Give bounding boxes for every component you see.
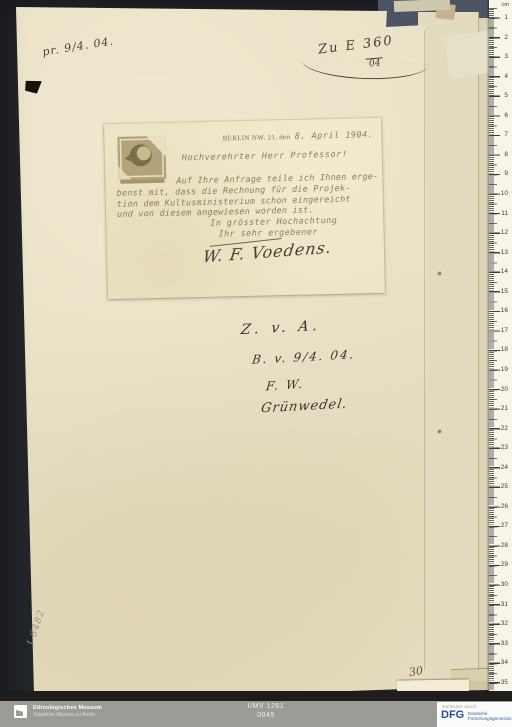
ruler-number: 35 xyxy=(496,679,508,687)
ruler-number: 16 xyxy=(496,307,508,315)
ruler-number: 5 xyxy=(496,92,508,100)
museum-logo-icon xyxy=(14,705,27,718)
card-signature: W. F. Voedens. xyxy=(202,238,333,267)
ruler-number: 12 xyxy=(496,229,508,237)
dfg-logo: DFG xyxy=(441,709,464,721)
institution-name: Ethnologisches Museum xyxy=(33,705,102,712)
institution-label: Ethnologisches Museum Staatliche Museen … xyxy=(33,705,102,718)
photo-ruler: cm 1234567891011121314151617181920212223… xyxy=(489,0,512,692)
ruler-number: 24 xyxy=(496,464,508,472)
funder-name-line2: Forschungsgemeinschaft xyxy=(468,716,512,721)
ruler-number: 17 xyxy=(496,327,508,335)
letterhead-date: 8. April 1904. xyxy=(295,130,374,142)
ruler-number: 7 xyxy=(496,131,508,139)
ruler-number: 14 xyxy=(496,268,508,276)
ruler-number: 3 xyxy=(496,53,508,61)
correspondence-card: BERLIN NW. 21, den 8. April 1904. Hochve… xyxy=(104,118,385,299)
ruler-number: 29 xyxy=(496,561,508,569)
paper-corner-sliver xyxy=(394,0,450,12)
binding-hole xyxy=(437,271,442,276)
page-edge-crease xyxy=(424,30,425,670)
ruler-number: 28 xyxy=(496,542,508,550)
ruler-number: 19 xyxy=(496,366,508,374)
card-closing-line1: In grösster Hochachtung xyxy=(210,216,337,229)
ruler-number: 4 xyxy=(496,73,508,81)
shelfmark-block: I/MV 1261 0045 xyxy=(206,703,326,719)
ruler-number: 25 xyxy=(496,483,508,491)
ruler-number: 8 xyxy=(496,151,508,159)
ruler-number: 33 xyxy=(496,640,508,648)
ruler-number: 30 xyxy=(496,581,508,589)
ruler-number: 1 xyxy=(496,14,508,22)
ruler-number: 15 xyxy=(496,288,508,296)
ruler-number: 10 xyxy=(496,190,508,198)
card-closing-line2: Ihr sehr ergebener xyxy=(218,227,318,239)
scan-number: 0045 xyxy=(206,712,326,719)
shelfmark: I/MV 1261 xyxy=(206,703,326,710)
ruler-number: 26 xyxy=(496,503,508,511)
page-number: 30 xyxy=(408,664,424,679)
ruler-number: 6 xyxy=(496,112,508,120)
ruler-number: 23 xyxy=(496,444,508,452)
ruler-number: 27 xyxy=(496,522,508,530)
funding-label: Gefördert durch DFG Deutsche Forschungsg… xyxy=(437,702,512,727)
ruler-number: 13 xyxy=(496,249,508,257)
card-body: Auf Ihre Anfrage teile ich Ihnen erge- b… xyxy=(116,172,377,221)
ruler-number: 32 xyxy=(496,620,508,628)
ruler-number: 22 xyxy=(496,425,508,433)
ruler-number: 20 xyxy=(496,386,508,394)
institution-parent: Staatliche Museen zu Berlin xyxy=(33,712,102,719)
binding-hole xyxy=(437,429,442,434)
card-letterhead: BERLIN NW. 21, den 8. April 1904. xyxy=(223,130,374,143)
ruler-unit-label: cm xyxy=(502,2,509,8)
ruler-mm-ticks xyxy=(489,9,494,690)
funder-name: Deutsche Forschungsgemeinschaft xyxy=(468,711,512,721)
ruler-number: 18 xyxy=(496,346,508,354)
ruler-number: 2 xyxy=(496,34,508,42)
ruler-number: 11 xyxy=(496,210,508,218)
ruler-number: 31 xyxy=(496,601,508,609)
archival-scan-photo: pr. 9/4. 04. Zu E 360 04 BERLIN NW. 21, … xyxy=(0,0,512,727)
ruler-number: 21 xyxy=(496,405,508,413)
ruler-number: 9 xyxy=(496,170,508,178)
card-salutation: Hochverehrter Herr Professor! xyxy=(182,150,348,164)
letterhead-place: BERLIN NW. 21, den xyxy=(223,133,291,143)
office-note-line3: F. W. xyxy=(265,377,305,394)
ruler-number: 34 xyxy=(496,659,508,667)
